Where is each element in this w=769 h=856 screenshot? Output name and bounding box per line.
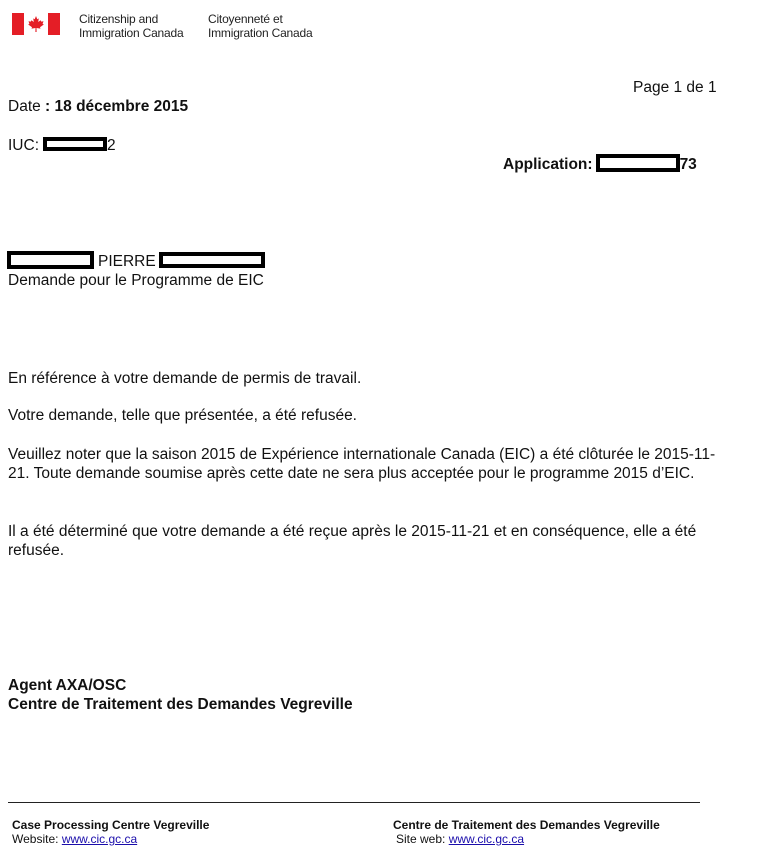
body-paragraph: Il a été déterminé que votre demande a é…	[8, 522, 728, 560]
application-line: Application:73	[503, 155, 697, 174]
department-en-line1: Citizenship and	[79, 12, 183, 26]
footer-website-en: Website: www.cic.gc.ca	[12, 832, 137, 846]
footer-office-fr: Centre de Traitement des Demandes Vegrev…	[393, 818, 660, 832]
flag-right-bar	[48, 13, 60, 35]
date-separator: :	[41, 98, 55, 115]
footer-website-link-fr[interactable]: www.cic.gc.ca	[449, 832, 524, 846]
redaction-box	[43, 137, 107, 151]
iuc-suffix: 2	[107, 137, 116, 154]
redaction-box	[159, 252, 265, 268]
flag-left-bar	[12, 13, 24, 35]
department-fr-line2: Immigration Canada	[208, 26, 312, 40]
application-label: Application:	[503, 156, 593, 173]
signature-agent: Agent AXA/OSC	[8, 677, 126, 695]
redaction-box	[596, 154, 680, 172]
footer-divider	[8, 802, 700, 803]
date-value: 18 décembre 2015	[55, 98, 189, 115]
department-fr-line1: Citoyenneté et	[208, 12, 312, 26]
canada-flag-icon	[12, 13, 60, 35]
body-paragraph: En référence à votre demande de permis d…	[8, 369, 728, 388]
footer-website-link-en[interactable]: www.cic.gc.ca	[62, 832, 137, 846]
department-name-fr: Citoyenneté et Immigration Canada	[208, 12, 312, 40]
footer-website-label-en: Website:	[12, 832, 62, 846]
signature-office: Centre de Traitement des Demandes Vegrev…	[8, 696, 353, 714]
date-label: Date	[8, 98, 41, 115]
footer-website-fr: Site web: www.cic.gc.ca	[396, 832, 524, 846]
footer-office-en: Case Processing Centre Vegreville	[12, 818, 209, 832]
recipient-name-visible: PIERRE	[98, 253, 156, 270]
iuc-line: IUC:2	[8, 136, 116, 155]
recipient-name: PIERRE	[7, 252, 265, 271]
body-paragraph: Veuillez noter que la saison 2015 de Exp…	[8, 445, 728, 483]
maple-leaf-icon	[27, 15, 45, 33]
department-en-line2: Immigration Canada	[79, 26, 183, 40]
program-line: Demande pour le Programme de EIC	[8, 271, 264, 290]
date-line: Date : 18 décembre 2015	[8, 97, 188, 116]
iuc-label: IUC:	[8, 137, 39, 154]
application-suffix: 73	[680, 156, 697, 173]
page-indicator: Page 1 de 1	[633, 78, 717, 97]
department-name-en: Citizenship and Immigration Canada	[79, 12, 183, 40]
redaction-box	[7, 251, 94, 269]
flag-center	[24, 13, 48, 35]
footer-website-label-fr: Site web:	[396, 832, 449, 846]
body-paragraph: Votre demande, telle que présentée, a ét…	[8, 406, 728, 425]
